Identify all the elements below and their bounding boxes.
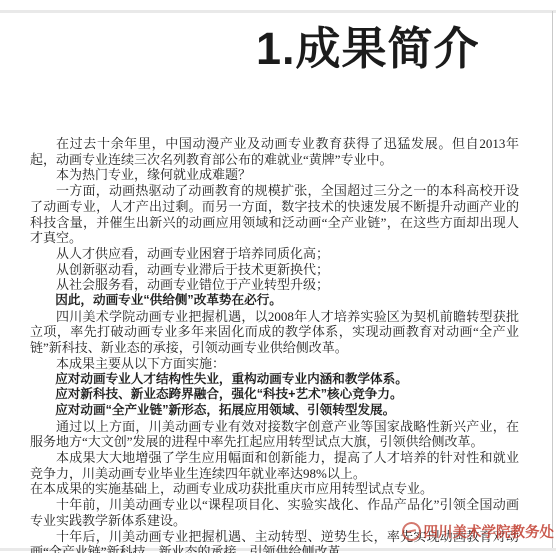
paragraph: 本成果大大地增强了学生应用幅面和创新能力，提高了人才培养的针对性和就业竞争力，川…	[30, 450, 519, 481]
paragraph: 从社会服务看，动画专业错位于产业转型升级；	[30, 277, 519, 293]
paragraph: 应对新科技、新业态跨界融合，强化“科技+艺术”核心竞争力。	[30, 387, 519, 403]
school-seal-icon	[400, 520, 423, 543]
body-text: 在过去十余年里，中国动漫产业及动画专业教育获得了迅猛发展。但自2013年起，动画…	[30, 136, 519, 553]
paragraph: 四川美术学院动画专业把握机遇，以2008年人才培养实验区为契机前瞻转型获批立项，…	[30, 309, 519, 356]
paragraph: 本为热门专业，缘何就业成难题？	[30, 167, 519, 183]
document-page: 1.成果简介 在过去十余年里，中国动漫产业及动画专业教育获得了迅猛发展。但自20…	[0, 0, 556, 553]
paragraph: 在过去十余年里，中国动漫产业及动画专业教育获得了迅猛发展。但自2013年起，动画…	[30, 136, 519, 167]
paragraph: 通过以上方面，川美动画专业有效对接数字创意产业等国家战略性新兴产业，在服务地方“…	[30, 419, 519, 450]
paragraph: 应对动画专业人才结构性失业，重构动画专业内涵和教学体系。	[30, 372, 519, 388]
top-divider	[0, 10, 556, 13]
paragraph: 从人才供应看，动画专业困窘于培养同质化高；	[30, 246, 519, 262]
watermark-text: 四川美术学院教务处	[424, 521, 555, 542]
paragraph: 因此，动画专业“供给侧”改革势在必行。	[30, 293, 519, 309]
paragraph: 一方面，动画热驱动了动画教育的规模扩张，全国超过三分之一的本科高校开设了动画专业…	[30, 183, 519, 246]
paragraph: 在本成果的实施基础上，动画专业成功获批重庆市应用转型试点专业。	[30, 481, 519, 497]
page-edge-line	[552, 11, 553, 549]
paragraph: 从创新驱动看，动画专业滞后于技术更新换代；	[30, 262, 519, 278]
page-title: 1.成果简介	[256, 22, 480, 76]
paragraph: 本成果主要从以下方面实施：	[30, 356, 519, 372]
watermark: 四川美术学院教务处	[402, 521, 555, 542]
paragraph: 应对动画“全产业链”新形态，拓展应用领域、引领转型发展。	[30, 403, 519, 419]
